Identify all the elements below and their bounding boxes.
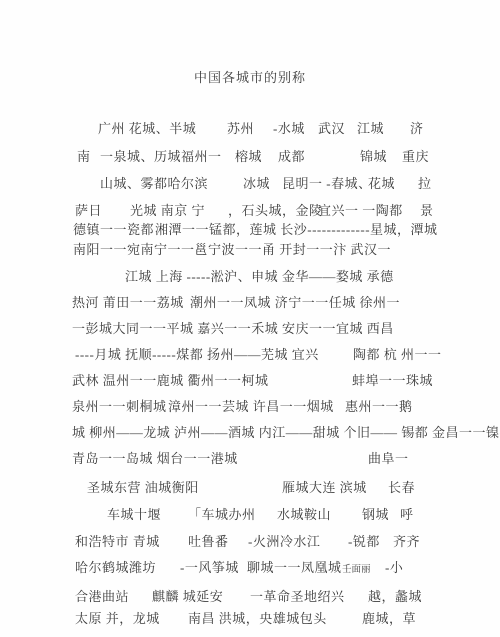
text-segment: 宜兴一 一陶都: [318, 204, 403, 217]
text-segment: 重庆: [402, 150, 429, 163]
text-segment: 光城 南京 宁: [130, 204, 205, 217]
text-segment: 冰城: [243, 177, 270, 190]
text-segment: 潮州一一凤城 济宁一一任城 徐州一: [190, 296, 400, 309]
text-segment: 长春: [388, 481, 415, 494]
text-segment: 太原 并，龙城: [75, 612, 160, 625]
text-segment: 泉州一一刺桐城: [72, 400, 167, 413]
text-segment: -一风筝城: [180, 561, 239, 574]
text-segment: 麒麟 城延安: [152, 590, 223, 603]
text-segment: -水城: [273, 122, 305, 135]
text-segment: 陶都 杭 州一一: [353, 348, 442, 361]
text-segment: 昆明一 -春城、: [282, 177, 372, 190]
text-segment: 成都: [278, 150, 305, 163]
text-segment: 齐齐: [393, 535, 420, 548]
text-segment: 济: [410, 122, 424, 135]
text-segment: 呼: [400, 508, 414, 521]
text-segment: 榕城: [235, 150, 262, 163]
text-segment: 南: [77, 150, 91, 163]
text-segment: 合港曲站: [75, 590, 129, 603]
text-segment: 一彭城大同一一平城 嘉兴一一禾城 安庆一一宜城 西昌: [72, 322, 394, 335]
text-segment: 山城、雾都哈尔滨: [100, 177, 208, 190]
text-segment: 景: [420, 204, 434, 217]
text-segment: -火洲冷水江: [248, 535, 320, 548]
text-segment: 哈尔鹤城潍坊: [75, 561, 156, 574]
text-segment: 和浩特市 青城: [75, 535, 160, 548]
text-segment: -锐都: [348, 535, 380, 548]
text-segment: 苏州: [227, 122, 254, 135]
text-segment: 城 柳州——龙城 泸州——酒城 内江——甜城 个旧—— 锡都 金昌一一镍都: [72, 426, 500, 439]
text-segment: ----月城 抚顺-----煤都 扬州——芜城 宜兴: [75, 348, 319, 361]
text-segment: 拉: [418, 177, 432, 190]
text-segment: 青岛一一岛城 烟台一一港城: [72, 452, 238, 465]
text-segment: 南昌 洪城，央雄城包头: [188, 612, 327, 625]
text-segment: 越，蠡城: [368, 590, 422, 603]
text-segment: 武汉: [318, 122, 345, 135]
text-segment: 圣城东营 油城衡阳: [87, 481, 199, 494]
text-segment: 曲阜一: [368, 452, 409, 465]
text-segment: 漳州一一芸城 许昌一一烟城: [168, 400, 334, 413]
text-segment: 壬面丽: [342, 564, 371, 577]
text-segment: ，石头城，金陵: [228, 204, 323, 217]
text-segment: 一革命圣地绍兴: [250, 590, 345, 603]
text-segment: 聊城一一凤凰城: [247, 561, 342, 574]
text-segment: 一泉城、历城福州一: [100, 150, 222, 163]
text-segment: 车城十堰: [107, 508, 161, 521]
text-segment: 江城: [357, 122, 384, 135]
text-segment: -小: [385, 561, 403, 574]
text-segment: 惠州一一鹅: [345, 400, 413, 413]
text-segment: 「车城办州: [188, 508, 256, 521]
text-segment: 湘潭一一锰都，莲城 长沙-------------星城，潭城: [155, 223, 438, 236]
text-segment: 南阳一一宛南宁一一邕宁波一一甬 开封一一汴 武汉一: [73, 243, 391, 256]
text-segment: 吐鲁番: [188, 535, 229, 548]
text-segment: 武林 温州一一鹿城 衢州一一柯城: [72, 374, 269, 387]
document-page: 中国各城市的别称 广州 花城、半城 苏州 -水城 武汉 江城 济 南 一泉城、历…: [0, 0, 500, 637]
text-segment: 热河 莆田一一荔城: [72, 296, 184, 309]
text-segment: 水城鞍山: [277, 508, 331, 521]
text-segment: 萨日: [75, 204, 102, 217]
text-segment: 锦城: [360, 150, 387, 163]
page-title: 中国各城市的别称: [0, 67, 500, 86]
text-segment: 广州 花城、半城: [98, 122, 196, 135]
text-segment: 花城: [368, 177, 395, 190]
text-segment: 德镇一一瓷都: [73, 223, 154, 236]
text-segment: 江城 上海 -----淞沪、申城 金华——婺城 承德: [125, 270, 394, 283]
text-segment: 钢城: [362, 508, 389, 521]
text-segment: 鹿城，草: [362, 612, 416, 625]
text-segment: 蚌埠一一珠城: [352, 374, 433, 387]
text-segment: 雁城大连 滨城: [282, 481, 367, 494]
